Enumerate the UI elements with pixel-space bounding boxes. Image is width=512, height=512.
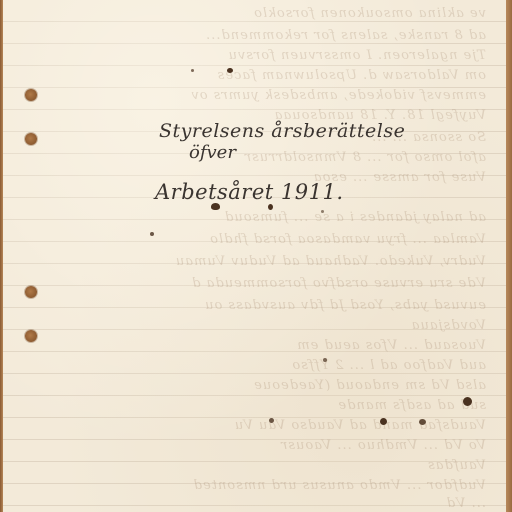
ink-spot <box>463 397 472 406</box>
bleed-through-line: emmevsf vidokede, ambsdesk yumrs ov <box>43 88 486 103</box>
ink-spot <box>191 69 194 72</box>
ink-spot <box>227 68 233 73</box>
title-line-1: Styrelsens årsberättelse <box>159 120 405 142</box>
bleed-through-line: Vudrv, Vukedo. Vadhaud ad Vuduv Vumau <box>43 254 486 269</box>
bleed-through-line: afol omso for ... 8 Vmnsoldrrusr <box>43 150 486 165</box>
bleed-through-line: aud Vadfoo ad l ... 2 Yffso <box>43 358 486 373</box>
bleed-through-line: sud ad asdfs mande <box>43 398 486 413</box>
punch-hole <box>25 133 37 145</box>
binding-edge-left <box>0 0 3 512</box>
bleed-through-line: om Valdorsaw d. Upsoluwnam faces <box>43 68 486 83</box>
bleed-through-line: Vamlaa ... fryu vamdasoa forsd fhdlo <box>43 232 486 247</box>
bleed-through-line: Vuosaud ... Vfos aeud em <box>43 338 486 353</box>
bleed-through-line: Vaufdas <box>43 458 486 473</box>
ink-spot <box>211 203 220 210</box>
bleed-through-line: Vovdsjaua <box>43 318 486 333</box>
bleed-through-line: Vde sru ervuse orsdfvo forsommeuda d <box>43 276 486 291</box>
title-line-2: öfver <box>189 142 236 163</box>
document-page: ve aklina omsoukonen forsoklo ad 8 ransk… <box>3 0 506 512</box>
bleed-through-line: Vo Vd ... Vmdhuo ... Vaousr <box>43 438 486 453</box>
bleed-through-line: Tje ngaleroen. I omssrvuen forsvu <box>43 48 486 63</box>
ink-spot <box>419 419 426 425</box>
bleed-through-line: euvusd yabs, Yosd Jd fdv ausvdass ou <box>43 298 486 313</box>
punch-hole <box>25 286 37 298</box>
ink-spot <box>323 358 327 362</box>
bleed-through-line: ve aklina omsoukonen forsoklo <box>43 6 486 21</box>
bleed-through-line: Vudfdor ... Vmdo anusus urd nmsonted <box>43 478 486 493</box>
punch-hole <box>25 330 37 342</box>
bleed-through-line: ... Vd <box>43 496 486 511</box>
bleed-through-line: ad nalay jdandes i a se ... fumsoud <box>43 210 486 225</box>
ink-spot <box>269 418 274 423</box>
bleed-through-line: alsd Vd sm endaoud (Yaedeoue <box>43 378 486 393</box>
ink-spot <box>150 232 154 236</box>
punch-hole <box>25 89 37 101</box>
bleed-through-line: ad 8 ranske, salens for rekommend... <box>43 28 486 43</box>
ink-spot <box>380 418 387 425</box>
ink-spot <box>321 210 324 213</box>
binding-edge-right <box>506 0 512 512</box>
ink-spot <box>268 204 273 210</box>
title-line-3: Arbetsåret 1911. <box>155 180 344 204</box>
